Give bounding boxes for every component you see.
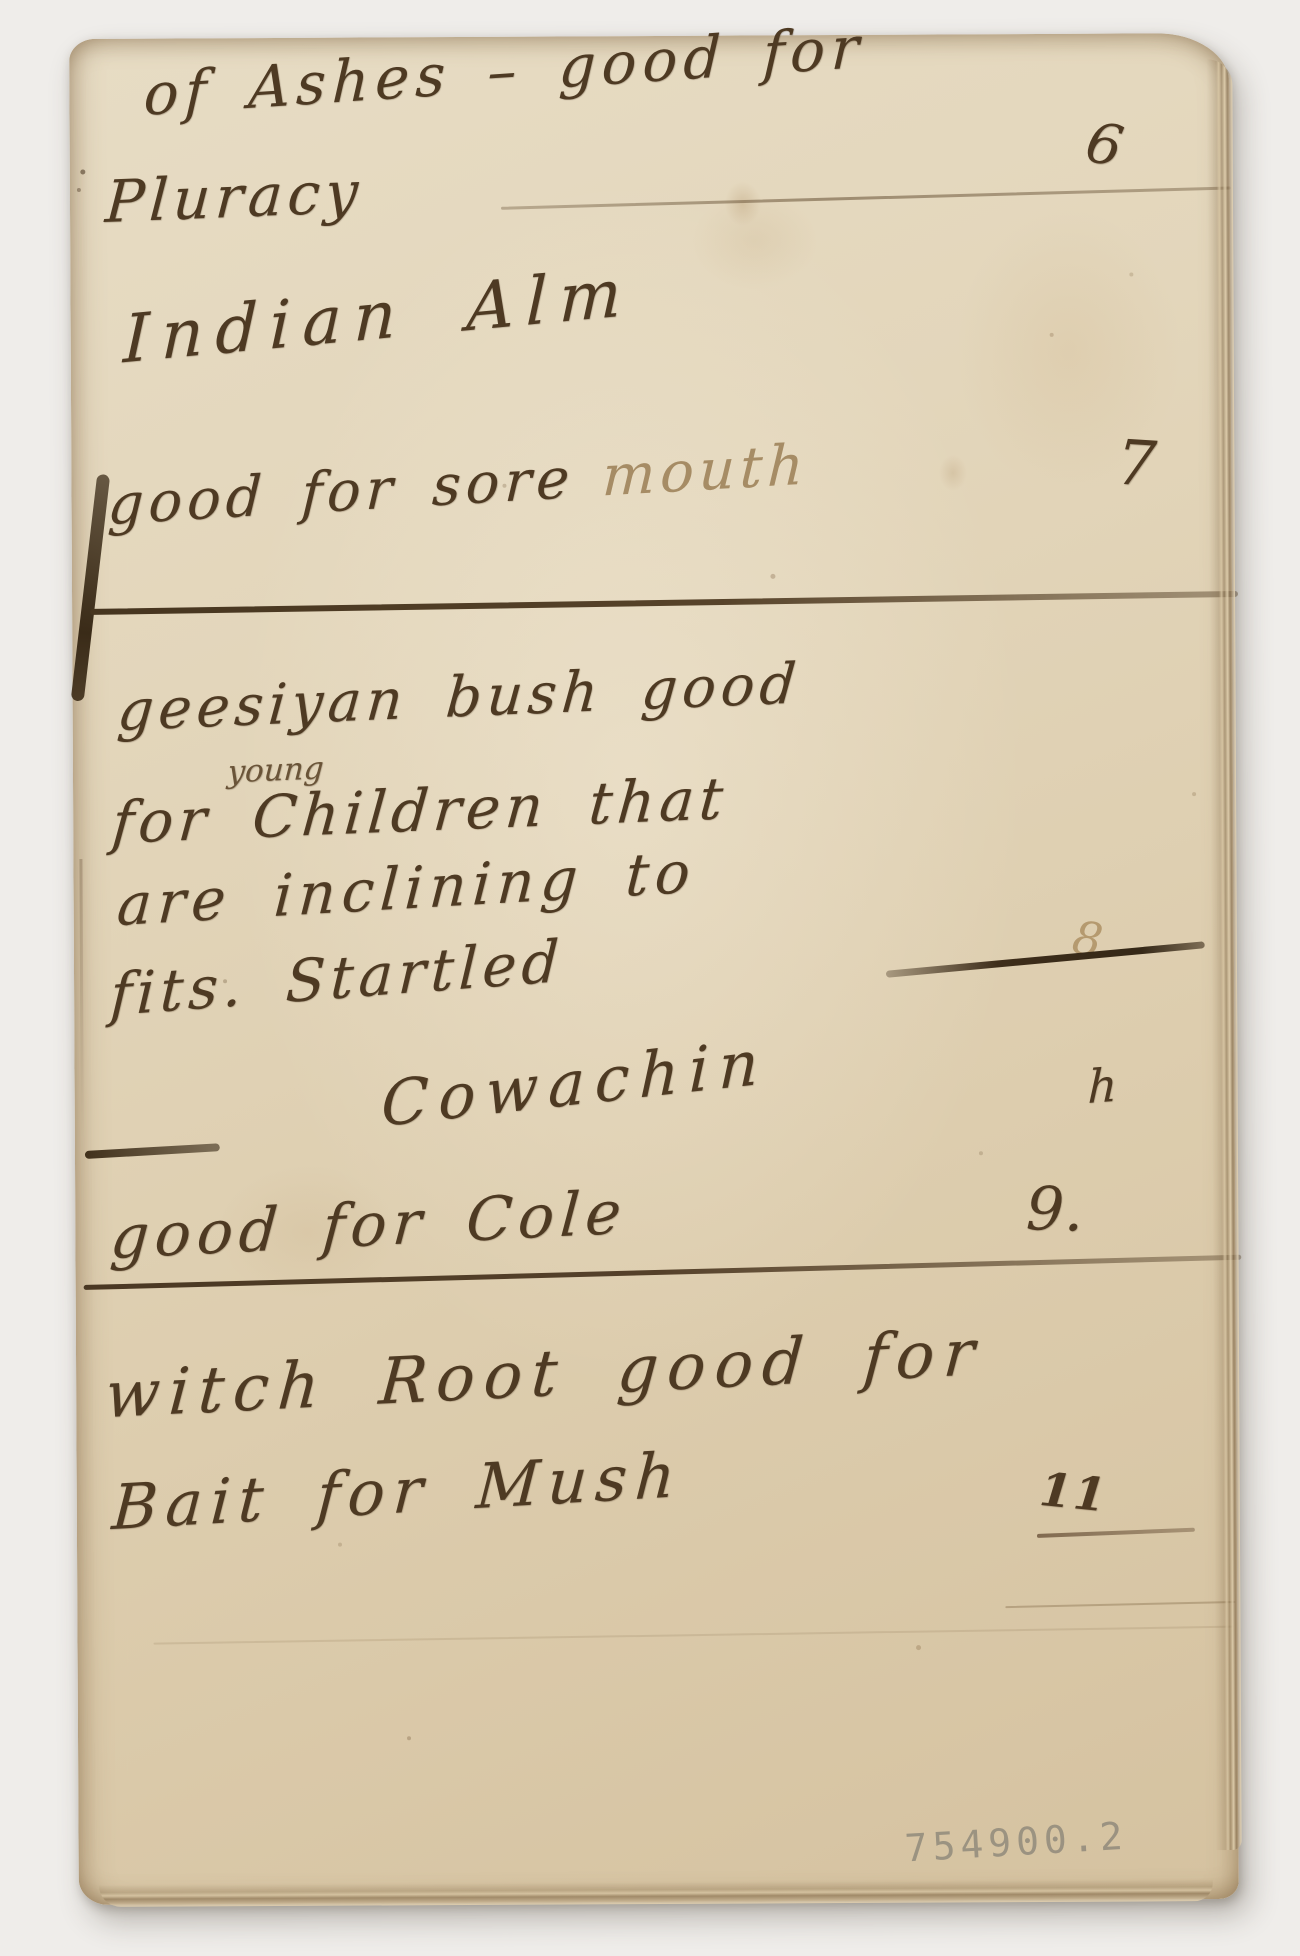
entry-geesiyan-line-4: fits. Startled	[109, 927, 566, 1030]
ink-rule-1	[501, 186, 1231, 209]
entry-indian-alm-line-2-text: good for sore	[106, 446, 576, 538]
entry-ashes-number: 6	[1080, 110, 1128, 181]
ink-dash-11	[1037, 1528, 1195, 1538]
entry-indian-alm-number: 7	[1114, 426, 1158, 501]
entry-cowachin-line-1: Cowachin	[380, 1025, 769, 1141]
entry-ashes-line-2: Pluracy	[103, 158, 365, 237]
entry-witch-root-number: 11	[1037, 1462, 1110, 1522]
accession-stamp: 754900.2	[903, 1814, 1128, 1871]
faint-rule-bottom	[154, 1626, 1234, 1645]
entry-cowachin-line-2: good for Cole	[108, 1178, 630, 1274]
ink-stroke-left	[71, 474, 111, 702]
page-fore-edge-right	[1206, 59, 1241, 1850]
ink-specks	[69, 39, 71, 41]
paper-crease	[79, 859, 83, 1139]
entry-indian-alm-line-1: Indian Alm	[122, 253, 634, 378]
entry-ashes-line-1: of Ashes – good for	[143, 13, 866, 129]
entry-cowachin-number: 9.	[1025, 1174, 1084, 1246]
page-fore-edge-bottom	[99, 1879, 1213, 1907]
entry-witch-root-line-2: Bait for Mush	[110, 1438, 686, 1544]
ink-rule-2	[90, 591, 1238, 615]
entry-indian-alm-line-2: good for soremouth	[106, 432, 810, 538]
entry-witch-root-line-1: witch Root good for	[103, 1316, 986, 1433]
entry-indian-alm-faded-word: mouth	[601, 432, 810, 509]
faint-rule-right	[1005, 1601, 1235, 1608]
entry-geesiyan-line-1: geesiyan bush good	[115, 651, 803, 744]
entry-cowachin-superscript: h	[1087, 1058, 1118, 1114]
ink-dash-cowachin	[85, 1143, 220, 1159]
ink-dash-startled	[886, 941, 1205, 978]
manuscript-page: of Ashes – good for 6 Pluracy Indian Alm…	[69, 33, 1239, 1905]
